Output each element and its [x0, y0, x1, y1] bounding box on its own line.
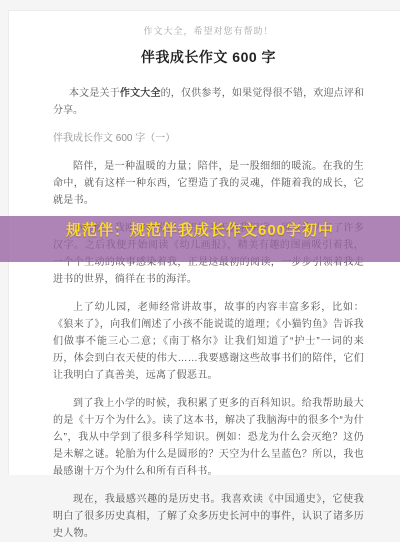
section-heading: 伴我成长作文 600 字（一） [53, 130, 364, 147]
intro-prefix: 本文是关于 [69, 88, 120, 99]
promo-ad-banner[interactable]: 规范伴：规范伴我成长作文600字初中 [0, 216, 400, 262]
paragraph: 陪伴，是一种温暖的力量；陪伴，是一股细细的暖流。在我的生命中，就有这样一种东西，… [53, 158, 364, 209]
page-title: 伴我成长作文 600 字 [53, 47, 364, 67]
intro-bold-keyword: 作文大全 [120, 88, 161, 99]
paragraph: 到了我上小学的时候，我积累了更多的百科知识。给我帮助最大的是《十万个为什么》。读… [53, 395, 364, 475]
page-tagline: 作文大全，希望对您有帮助！ [53, 25, 364, 37]
intro-paragraph: 本文是关于作文大全的，仅供参考，如果觉得很不错，欢迎点评和分享。 [53, 85, 364, 119]
promo-ad-banner-text: 规范伴：规范伴我成长作文600字初中 [0, 221, 400, 241]
paragraph: 上了幼儿园，老师经常讲故事，故事的内容丰富多彩，比如：《狼来了》，向我们阐述了小… [53, 299, 364, 384]
